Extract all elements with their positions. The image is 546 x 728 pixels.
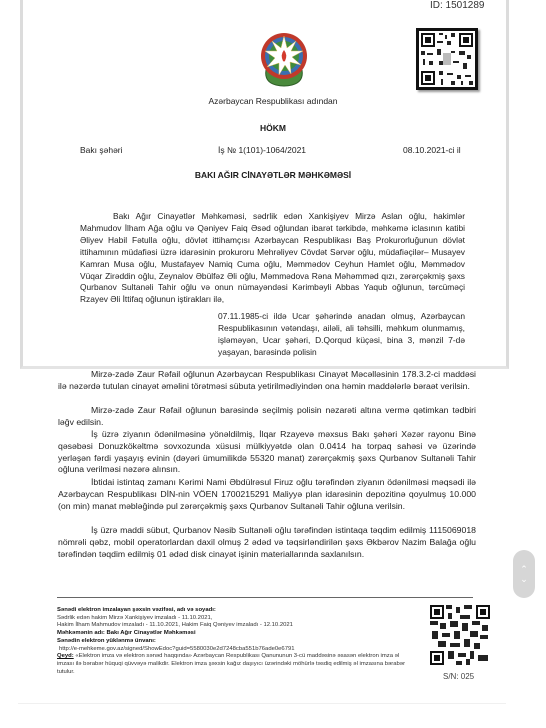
qr-code-top	[416, 28, 478, 90]
note-text: «Elektron imza və elektron sənəd haqqınd…	[57, 653, 405, 674]
signature-footer: Sənədi elektron imzalayan şəxsin vəzifəs…	[57, 607, 417, 676]
upload-url[interactable]: http://e-mehkeme.gov.az/signed/ShowEdoc?…	[57, 646, 417, 654]
signer-label: Sənədi elektron imzalayan şəxsin vəzifəs…	[57, 607, 417, 615]
court-label: Məhkəmənin adı:	[57, 630, 105, 636]
upload-label: Sənədin elektron yüklənmə ünvanı:	[57, 638, 417, 646]
footer-separator	[57, 597, 473, 598]
qr-code-icon	[419, 31, 475, 87]
case-number: İş № 1(101)-1064/2021	[218, 145, 306, 155]
intro-paragraph: Bakı Ağır Cinayətlər Məhkəməsi, sədrlik …	[80, 211, 465, 306]
city: Bakı şəhəri	[80, 145, 123, 155]
issuer-line: Azərbaycan Respublikası adından	[0, 96, 546, 106]
document-id: ID: 1501289	[430, 0, 485, 11]
serial-number: S/N: 025	[443, 672, 474, 681]
body-paragraph: İş üzrə maddi sübut, Qurbanov Nəsib Sult…	[58, 525, 476, 560]
body-paragraph: Mirzə-zadə Zaur Rəfail oğlunun Azərbayca…	[58, 369, 476, 393]
qr-code-icon	[430, 605, 490, 665]
body-paragraph: İş üzrə ziyanın ödənilməsinə yönəldilmiş…	[58, 429, 476, 476]
page-bottom-rule	[18, 703, 506, 704]
azerbaijan-state-emblem	[258, 30, 310, 88]
page-scroll-control[interactable]: ⌃ ⌄	[513, 550, 535, 598]
defendant-paragraph: 07.11.1985-ci ildə Ucar şəhərində anadan…	[218, 311, 465, 359]
document-title: HÖKM	[0, 123, 546, 133]
emblem-icon	[258, 30, 310, 88]
judgment-date: 08.10.2021-ci il	[403, 145, 461, 155]
qr-code-bottom	[430, 605, 490, 665]
chevron-up-icon[interactable]: ⌃	[520, 564, 528, 574]
court-name: BAKI AĞIR CİNAYƏTLƏR MƏHKƏMƏSİ	[0, 170, 546, 180]
body-paragraph: İbtidai istintaq zamanı Kərimi Nami Əbdü…	[58, 477, 476, 512]
note-label: Qeyd:	[57, 653, 74, 659]
signer-line-2: Hakim İlham Mahmudov imzaladı - 11.10.20…	[57, 622, 417, 630]
chevron-down-icon[interactable]: ⌄	[520, 574, 528, 584]
body-paragraph: Mirzə-zadə Zaur Rəfail oğlunun barəsində…	[58, 405, 476, 429]
court-value: Bakı Ağır Cinayətlər Məhkəməsi	[106, 630, 195, 636]
